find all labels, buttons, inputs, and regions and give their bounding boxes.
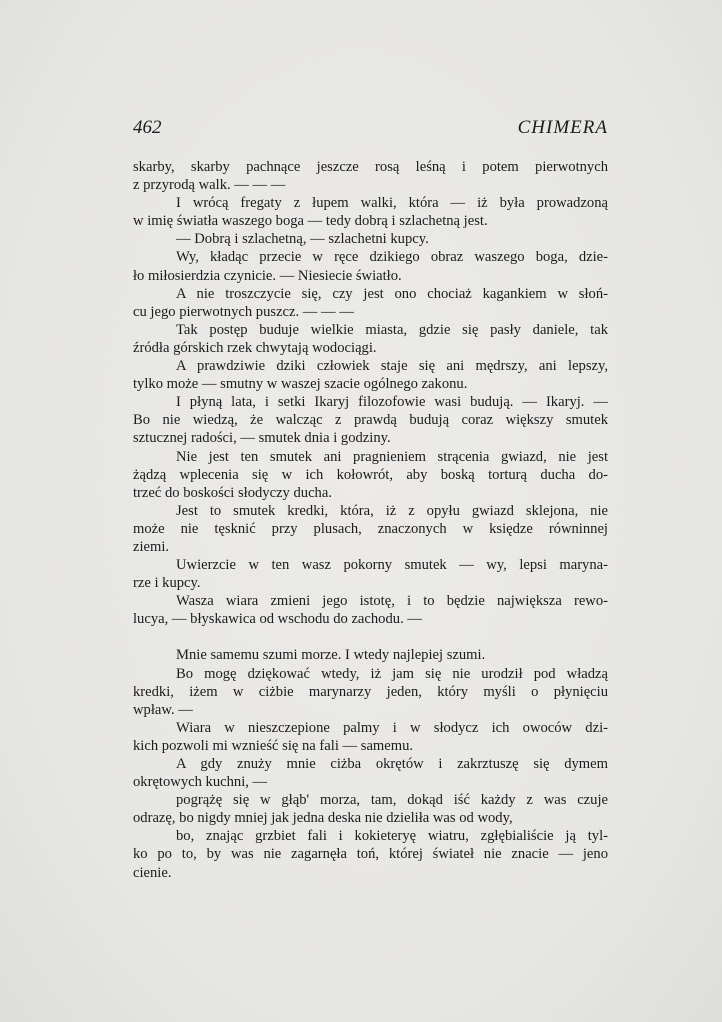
text-line: A prawdziwie dziki człowiek staje się an… bbox=[133, 357, 608, 375]
paragraph: I wrócą fregaty z łupem walki, która — i… bbox=[133, 194, 608, 230]
text-line: Jest to smutek kredki, która, iż z opyłu… bbox=[133, 502, 608, 520]
text-line: Nie jest ten smutek ani pragnieniem strą… bbox=[133, 448, 608, 466]
text-line: Bo mogę dziękować wtedy, iż jam się nie … bbox=[133, 665, 608, 683]
text-line: I wrócą fregaty z łupem walki, która — i… bbox=[133, 194, 608, 212]
paragraph: Wy, kładąc przecie w ręce dzikiego obraz… bbox=[133, 248, 608, 284]
paragraph: Uwierzcie w ten wasz pokorny smutek — wy… bbox=[133, 556, 608, 592]
paragraph: I płyną lata, i setki Ikaryj filozofowie… bbox=[133, 393, 608, 447]
text-line: A gdy znuży mnie ciżba okrętów i zakrztu… bbox=[133, 755, 608, 773]
text-line: odrazę, bo nigdy mniej jak jedna deska n… bbox=[133, 809, 608, 827]
text-line: cienie. bbox=[133, 864, 608, 882]
section-gap bbox=[133, 628, 608, 646]
text-line: bo, znając grzbiet fali i kokieteryę wia… bbox=[133, 827, 608, 845]
text-line: w imię światła waszego boga — tedy dobrą… bbox=[133, 212, 608, 230]
text-line: Tak postęp buduje wielkie miasta, gdzie … bbox=[133, 321, 608, 339]
text-line: — Dobrą i szlachetną, — szlachetni kupcy… bbox=[133, 230, 608, 248]
paragraph: Wiara w nieszczepione palmy i w słodycz … bbox=[133, 719, 608, 755]
text-line: Bo nie wiedzą, że walcząc z prawdą buduj… bbox=[133, 411, 608, 429]
text-line: wpław. — bbox=[133, 701, 608, 719]
text-line: Uwierzcie w ten wasz pokorny smutek — wy… bbox=[133, 556, 608, 574]
paragraph: — Dobrą i szlachetną, — szlachetni kupcy… bbox=[133, 230, 608, 248]
text-line: A nie troszczycie się, czy jest ono choc… bbox=[133, 285, 608, 303]
text-line: rze i kupcy. bbox=[133, 574, 608, 592]
text-line: skarby, skarby pachnące jeszcze rosą leś… bbox=[133, 158, 608, 176]
paragraph: Wasza wiara zmieni jego istotę, i to będ… bbox=[133, 592, 608, 628]
paragraph: skarby, skarby pachnące jeszcze rosą leś… bbox=[133, 158, 608, 194]
text-line: kredki, iżem w ciżbie marynarzy jeden, k… bbox=[133, 683, 608, 701]
text-line: Wy, kładąc przecie w ręce dzikiego obraz… bbox=[133, 248, 608, 266]
text-line: tylko może — smutny w waszej szacie ogól… bbox=[133, 375, 608, 393]
text-line: ziemi. bbox=[133, 538, 608, 556]
text-line: sztucznej radości, — smutek dnia i godzi… bbox=[133, 429, 608, 447]
paragraph: Nie jest ten smutek ani pragnieniem strą… bbox=[133, 448, 608, 502]
text-line: I płyną lata, i setki Ikaryj filozofowie… bbox=[133, 393, 608, 411]
text-line: z przyrodą walk. — — — bbox=[133, 176, 608, 194]
text-line: kich pozwoli mi wznieść się na fali — sa… bbox=[133, 737, 608, 755]
body-text: skarby, skarby pachnące jeszcze rosą leś… bbox=[133, 158, 608, 882]
text-line: pogrążę się w głąb' morza, tam, dokąd iś… bbox=[133, 791, 608, 809]
text-line: trzeć do boskości słodyczy ducha. bbox=[133, 484, 608, 502]
paragraph: Mnie samemu szumi morze. I wtedy najlepi… bbox=[133, 646, 608, 664]
paragraph: A gdy znuży mnie ciżba okrętów i zakrztu… bbox=[133, 755, 608, 791]
paragraph: Tak postęp buduje wielkie miasta, gdzie … bbox=[133, 321, 608, 357]
text-line: Mnie samemu szumi morze. I wtedy najlepi… bbox=[133, 646, 608, 664]
text-line: Wasza wiara zmieni jego istotę, i to będ… bbox=[133, 592, 608, 610]
paragraph: A nie troszczycie się, czy jest ono choc… bbox=[133, 285, 608, 321]
text-line: żądzą wplecenia się w ich kołowrót, aby … bbox=[133, 466, 608, 484]
text-line: ko po to, by was nie zagarnęła toń, któr… bbox=[133, 845, 608, 863]
paragraph: Jest to smutek kredki, która, iż z opyłu… bbox=[133, 502, 608, 556]
paragraph: pogrążę się w głąb' morza, tam, dokąd iś… bbox=[133, 791, 608, 827]
running-title: CHIMERA bbox=[518, 117, 608, 139]
page-number: 462 bbox=[133, 117, 162, 139]
text-line: może nie tęsknić przy plusach, znaczonyc… bbox=[133, 520, 608, 538]
page-header: 462 CHIMERA bbox=[133, 117, 608, 143]
text-line: Wiara w nieszczepione palmy i w słodycz … bbox=[133, 719, 608, 737]
text-line: lucya, — błyskawica od wschodu do zachod… bbox=[133, 610, 608, 628]
paragraph: A prawdziwie dziki człowiek staje się an… bbox=[133, 357, 608, 393]
text-line: cu jego pierwotnych puszcz. — — — bbox=[133, 303, 608, 321]
text-line: okrętowych kuchni, — bbox=[133, 773, 608, 791]
text-line: źródła górskich rzek chwytają wodociągi. bbox=[133, 339, 608, 357]
paragraph: bo, znając grzbiet fali i kokieteryę wia… bbox=[133, 827, 608, 881]
paragraph: Bo mogę dziękować wtedy, iż jam się nie … bbox=[133, 665, 608, 719]
text-line: ło miłosierdzia czynicie. — Niesiecie św… bbox=[133, 267, 608, 285]
